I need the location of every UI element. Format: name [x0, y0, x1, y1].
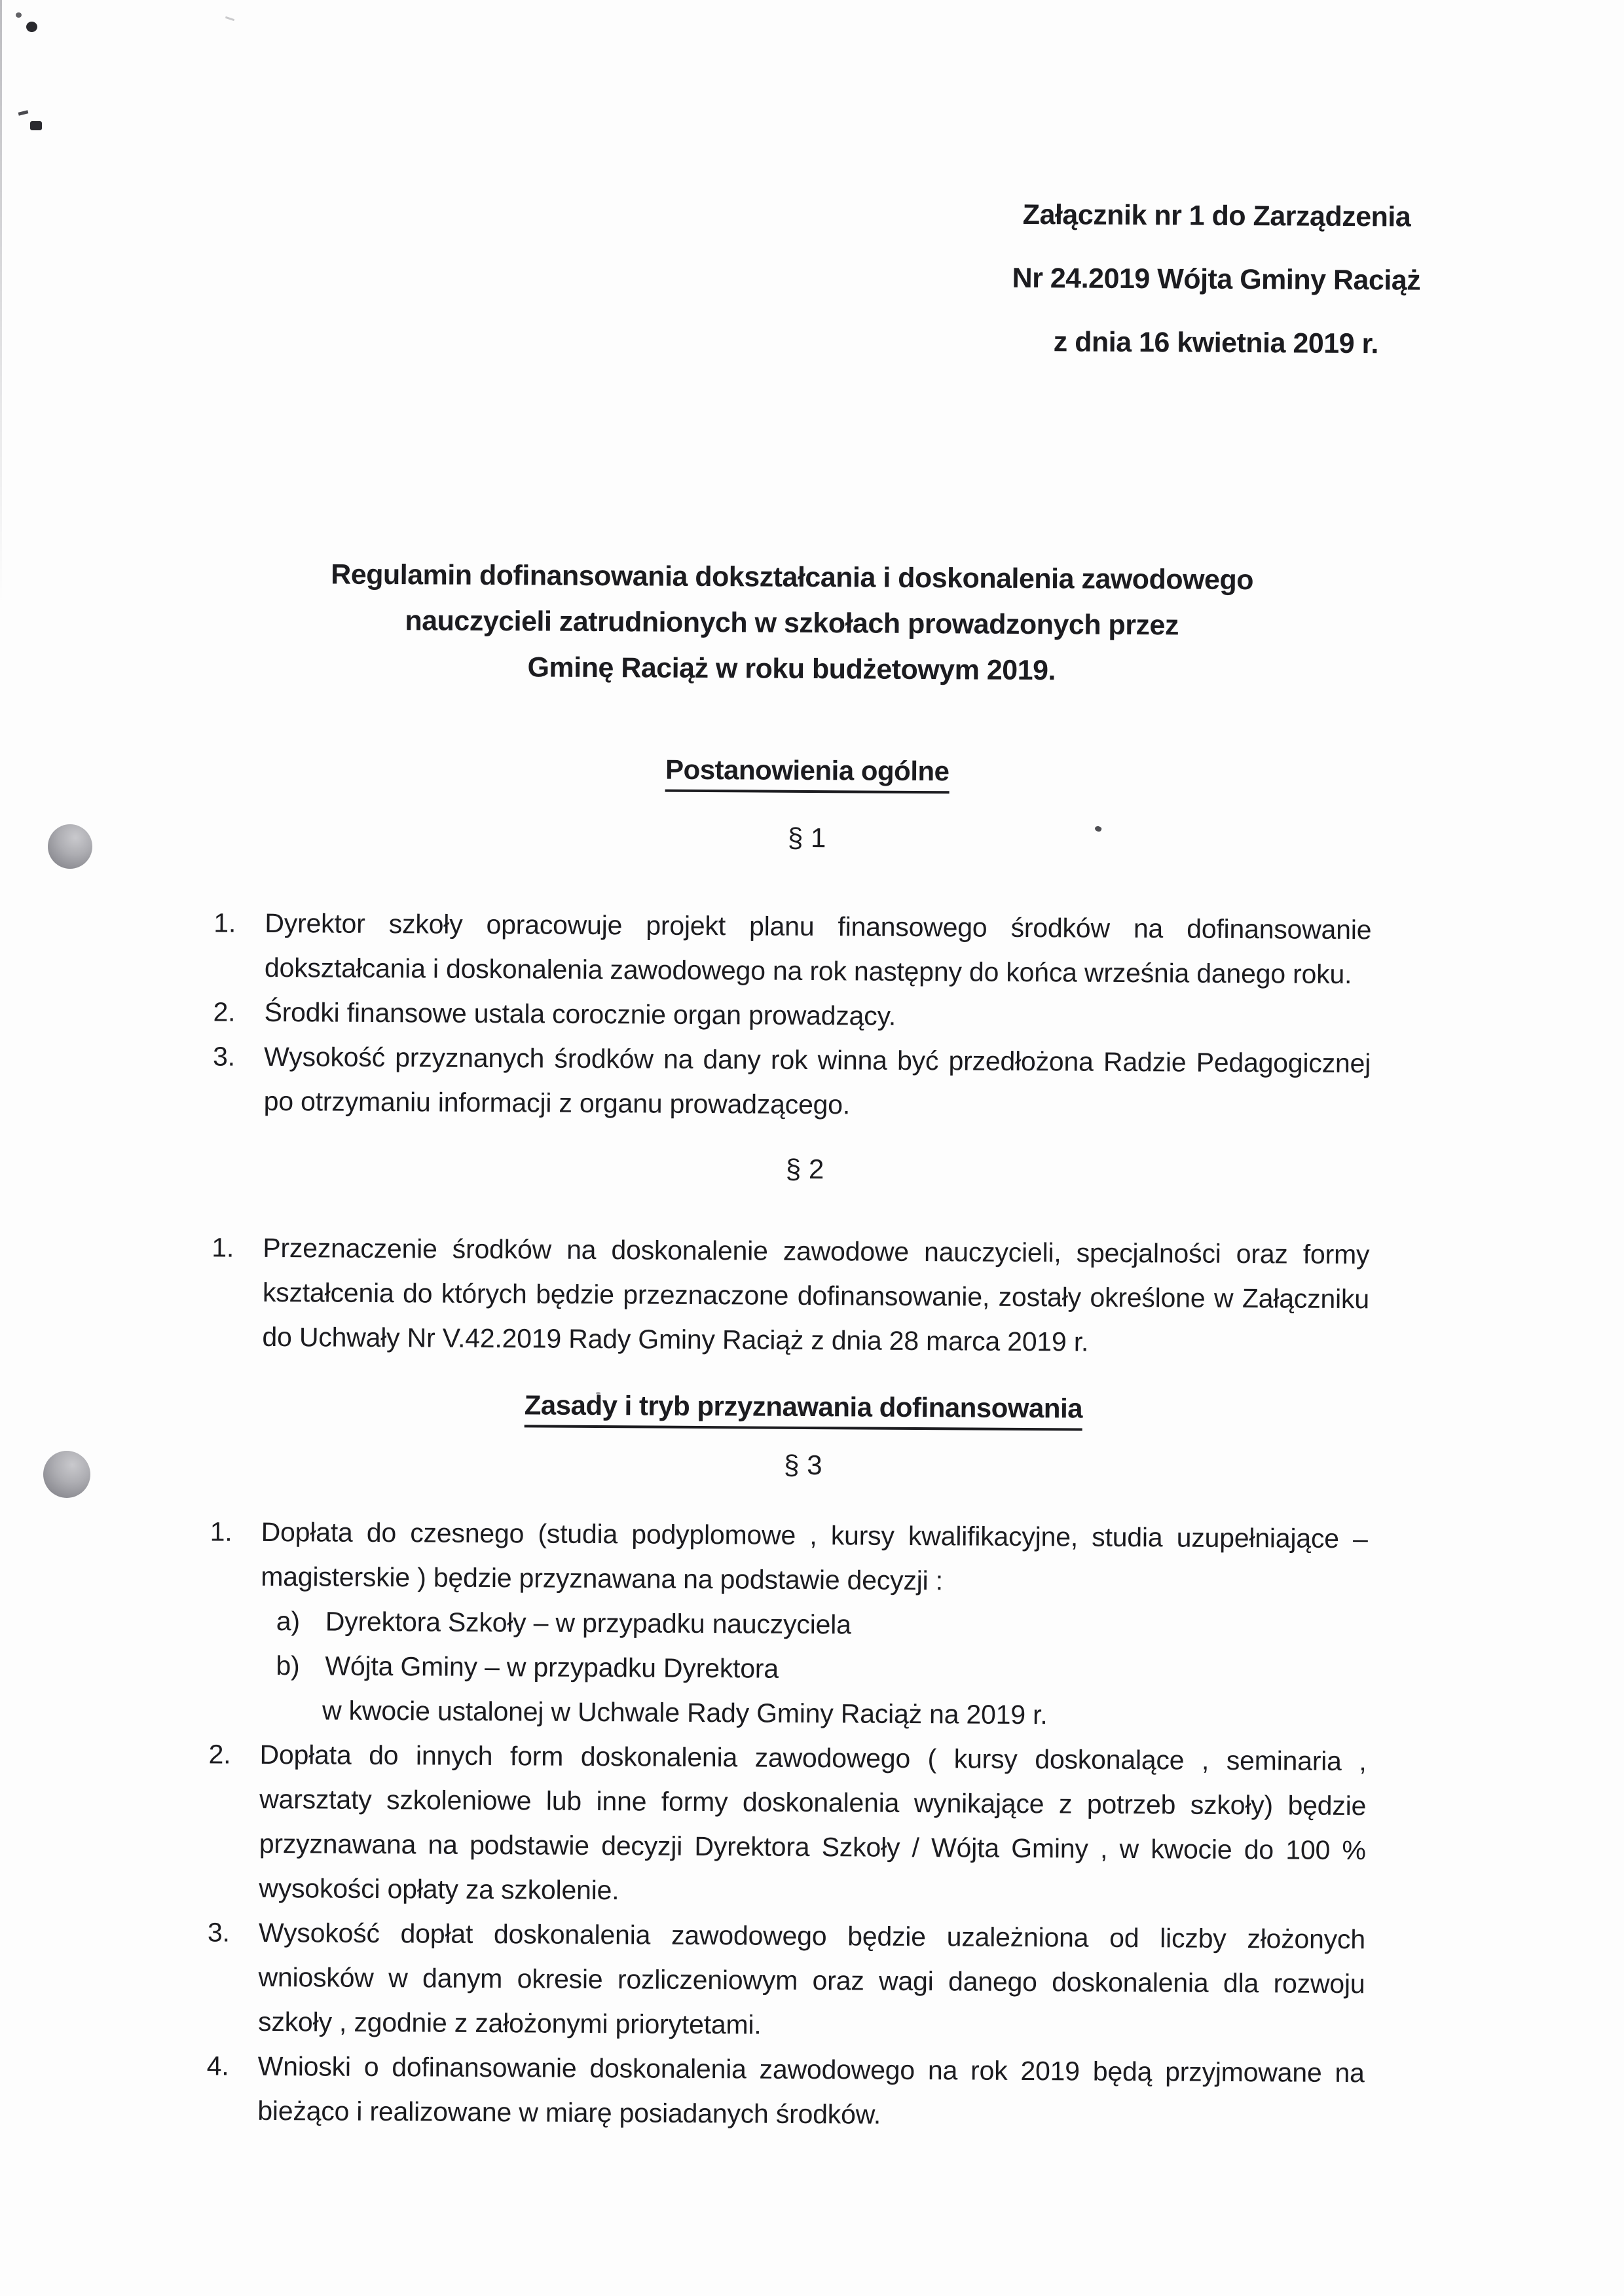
item-text: Dopłata do czesnego (studia podyplomowe … — [260, 1510, 1368, 1739]
title-line: nauczycieli zatrudnionych w szkołach pro… — [219, 596, 1365, 649]
annex-header-line: z dnia 16 kwietnia 2019 r. — [1000, 310, 1433, 376]
item-number: 4. — [206, 2043, 258, 2132]
list-item: 3. Wysokość dopłat doskonalenia zawodowe… — [207, 1910, 1365, 2050]
sub-item: a) Dyrektora Szkoły – w przypadku nauczy… — [276, 1599, 1367, 1650]
annex-header-line: Nr 24.2019 Wójta Gminy Raciąż — [1000, 247, 1433, 313]
list-item: 4. Wnioski o dofinansowanie doskonalenia… — [206, 2043, 1365, 2140]
list-item: 1. Przeznaczenie środków na doskonalenie… — [211, 1225, 1369, 1366]
item-text: Wysokość dopłat doskonalenia zawodowego … — [258, 1910, 1365, 2050]
sub-item-text: Dyrektora Szkoły – w przypadku nauczycie… — [325, 1599, 1367, 1650]
ordered-list-par3: 1. Dopłata do czesnego (studia podyplomo… — [206, 1509, 1368, 2140]
section-heading-general-provisions: Postanowienia ogólne — [0, 750, 1619, 791]
item-number: 3. — [213, 1034, 265, 1123]
item-number: 2. — [213, 989, 264, 1034]
item-number: 1. — [213, 900, 265, 989]
list-item: 2. Środki finansowe ustala corocznie org… — [213, 989, 1371, 1041]
annex-header: Załącznik nr 1 do Zarządzenia Nr 24.2019… — [1000, 183, 1433, 376]
title-line: Regulamin dofinansowania dokształcania i… — [219, 551, 1365, 604]
item-text-main: Dopłata do czesnego (studia podyplomowe … — [261, 1517, 1368, 1595]
sub-item-letter: b) — [276, 1643, 325, 1688]
sub-item-letter: a) — [276, 1599, 325, 1643]
annex-header-line: Załącznik nr 1 do Zarządzenia — [1001, 183, 1433, 249]
ordered-list-par2: 1. Przeznaczenie środków na doskonalenie… — [211, 1225, 1369, 1366]
ordered-list-par1: 1. Dyrektor szkoły opracowuje projekt pl… — [213, 900, 1372, 1130]
list-item: 1. Dyrektor szkoły opracowuje projekt pl… — [213, 900, 1372, 996]
paragraph-mark-3: § 3 — [0, 1446, 1615, 1484]
paragraph-mark-2: § 2 — [0, 1150, 1617, 1188]
sub-item: b) Wójta Gminy – w przypadku Dyrektora — [276, 1643, 1367, 1694]
item-number: 3. — [207, 1910, 259, 2043]
list-item: 1. Dopłata do czesnego (studia podyplomo… — [209, 1509, 1368, 1739]
sub-item-text: Wójta Gminy – w przypadku Dyrektora — [325, 1644, 1367, 1695]
list-item: 3. Wysokość przyznanych środków na dany … — [213, 1034, 1371, 1130]
list-item: 2. Dopłata do innych form doskonalenia z… — [208, 1732, 1367, 1917]
item-text: Dopłata do innych form doskonalenia zawo… — [259, 1732, 1367, 1917]
item-number: 2. — [208, 1732, 260, 1910]
section-heading-rules: Zasady i tryb przyznawania dofinansowani… — [0, 1386, 1615, 1427]
item-text: Przeznaczenie środków na doskonalenie za… — [262, 1226, 1369, 1366]
paragraph-mark-1: § 1 — [0, 819, 1619, 856]
document-content: Załącznik nr 1 do Zarządzenia Nr 24.2019… — [0, 0, 1624, 2296]
item-note: w kwocie ustalonej w Uchwale Rady Gminy … — [322, 1688, 1367, 1739]
item-text: Dyrektor szkoły opracowuje projekt planu… — [265, 901, 1372, 996]
item-text: Środki finansowe ustala corocznie organ … — [264, 990, 1371, 1041]
item-text: Wnioski o dofinansowanie doskonalenia za… — [257, 2044, 1365, 2140]
title-line: Gminę Raciąż w roku budżetowym 2019. — [219, 642, 1365, 695]
item-number: 1. — [211, 1225, 263, 1358]
document-page: Załącznik nr 1 do Zarządzenia Nr 24.2019… — [0, 0, 1624, 2296]
item-text: Wysokość przyznanych środków na dany rok… — [264, 1034, 1371, 1130]
document-title: Regulamin dofinansowania dokształcania i… — [219, 551, 1365, 695]
item-number: 1. — [209, 1509, 261, 1732]
